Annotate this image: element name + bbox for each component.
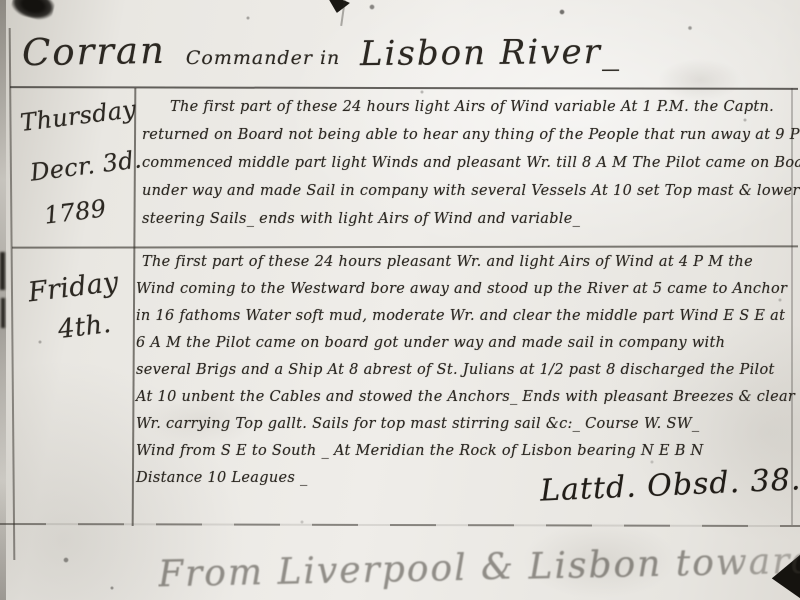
commander-label: Commander in: [186, 47, 340, 69]
left-margin-rule: [9, 28, 16, 560]
paper-speckle-texture: [0, 0, 800, 600]
logbook-page: Corran Commander in Lisbon River_ Thursd…: [0, 0, 800, 600]
edge-ink-mark: [0, 252, 5, 290]
entry2-date: 4th.: [56, 309, 112, 345]
log-line: At 10 unbent the Cables and stowed the A…: [136, 389, 798, 405]
log-line: 6 A M the Pilot came on board got under …: [136, 335, 798, 351]
latitude-observation: Lattd. Obsd. 38..20 N: [539, 458, 800, 508]
log-line: Wind from S E to South _ At Meridian the…: [136, 443, 798, 459]
entry1-day: Thursday: [19, 95, 138, 137]
log-line: several Brigs and a Ship At 8 abrest of …: [136, 362, 798, 378]
page-header: Corran Commander in Lisbon River_: [22, 30, 621, 73]
ship-name: Corran: [22, 29, 167, 75]
log-line: The first part of these 24 hours pleasan…: [136, 254, 798, 270]
table-bottom-rule: [0, 523, 800, 527]
log-line: under way and made Sail in company with …: [142, 183, 800, 199]
location-name: Lisbon River_: [360, 32, 621, 74]
edge-ink-mark: [1, 298, 5, 328]
log-line: steering Sails_ ends with light Airs of …: [142, 211, 800, 227]
log-line: in 16 fathoms Water soft mud, moderate W…: [136, 308, 798, 324]
ink-blot-top-left: [9, 0, 56, 23]
entry1-year: 1789: [43, 194, 108, 229]
log-line: returned on Board not being able to hear…: [142, 127, 800, 143]
log-line: commenced middle part light Winds and pl…: [142, 155, 800, 171]
right-edge-rule: [791, 88, 793, 525]
log-line: The first part of these 24 hours light A…: [142, 99, 800, 115]
entry2-day: Friday: [26, 267, 120, 309]
log-line: Wr. carrying Top gallt. Sails for top ma…: [136, 416, 798, 432]
entry-divider-rule: [12, 245, 798, 248]
log-line: Wind coming to the Westward bore away an…: [136, 281, 798, 297]
table-top-rule: [10, 86, 798, 90]
entry1-date: Decr. 3d.: [29, 145, 144, 186]
next-voyage-header: From Liverpool & Lisbon towards Amer: [158, 538, 800, 596]
ink-mark-top-edge: [320, 0, 350, 16]
